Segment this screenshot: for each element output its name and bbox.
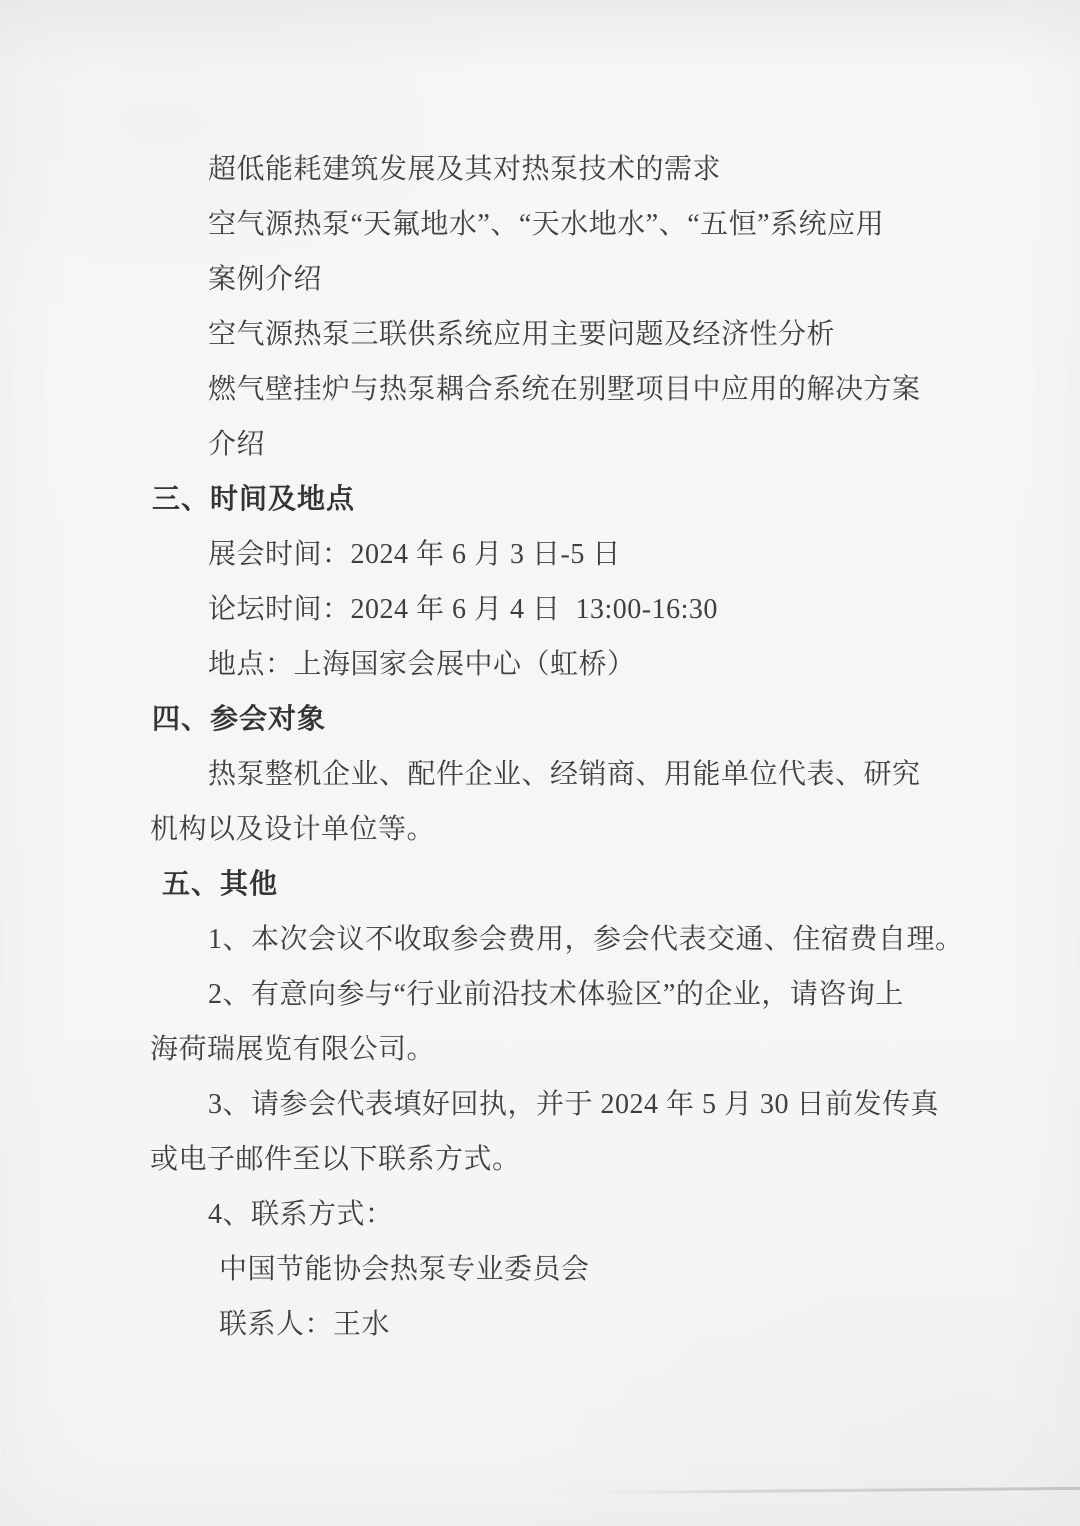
participants-line: 热泵整机企业、配件企业、经销商、用能单位代表、研究 [208,747,1080,802]
expo-time-line: 展会时间：2024 年 6 月 3 日-5 日 [208,527,1080,582]
forum-topic-cont-line: 案例介绍 [208,252,1080,307]
forum-topic-line: 空气源热泵“天氟地水”、“天水地水”、“五恒”系统应用 [208,197,1080,252]
forum-time-line: 论坛时间：2024 年 6 月 4 日 13:00-16:30 [208,582,1080,637]
organization-line: 中国节能协会热泵专业委员会 [219,1242,1080,1297]
forum-topic-line: 燃气壁挂炉与热泵耦合系统在别墅项目中应用的解决方案 [208,362,1080,417]
note-2-line: 2、有意向参与“行业前沿技术体验区”的企业，请咨询上 [208,967,1080,1022]
section-heading-others: 五、其他 [162,857,1080,912]
note-1-line: 1、本次会议不收取参会费用，参会代表交通、住宿费自理。 [208,912,1080,967]
location-line: 地点：上海国家会展中心（虹桥） [208,637,1080,692]
note-4-contact-header-line: 4、联系方式： [208,1187,1080,1242]
forum-topic-line: 空气源热泵三联供系统应用主要问题及经济性分析 [208,307,1080,362]
document-text-block: 超低能耗建筑发展及其对热泵技术的需求 空气源热泵“天氟地水”、“天水地水”、“五… [0,142,1080,1352]
note-3-cont-line: 或电子邮件至以下联系方式。 [150,1132,1080,1187]
scan-crease-line [588,1487,1080,1494]
forum-topic-line: 超低能耗建筑发展及其对热泵技术的需求 [208,142,1080,197]
section-heading-participants: 四、参会对象 [152,692,1080,747]
section-heading-time-location: 三、时间及地点 [152,472,1080,527]
contact-person-line: 联系人：王水 [219,1297,1080,1352]
document-page: 超低能耗建筑发展及其对热泵技术的需求 空气源热泵“天氟地水”、“天水地水”、“五… [0,0,1080,1526]
note-2-cont-line: 海荷瑞展览有限公司。 [150,1022,1080,1077]
participants-cont-line: 机构以及设计单位等。 [150,802,1080,857]
note-3-line: 3、请参会代表填好回执，并于 2024 年 5 月 30 日前发传真 [208,1077,1080,1132]
forum-topic-cont-line: 介绍 [208,417,1080,472]
